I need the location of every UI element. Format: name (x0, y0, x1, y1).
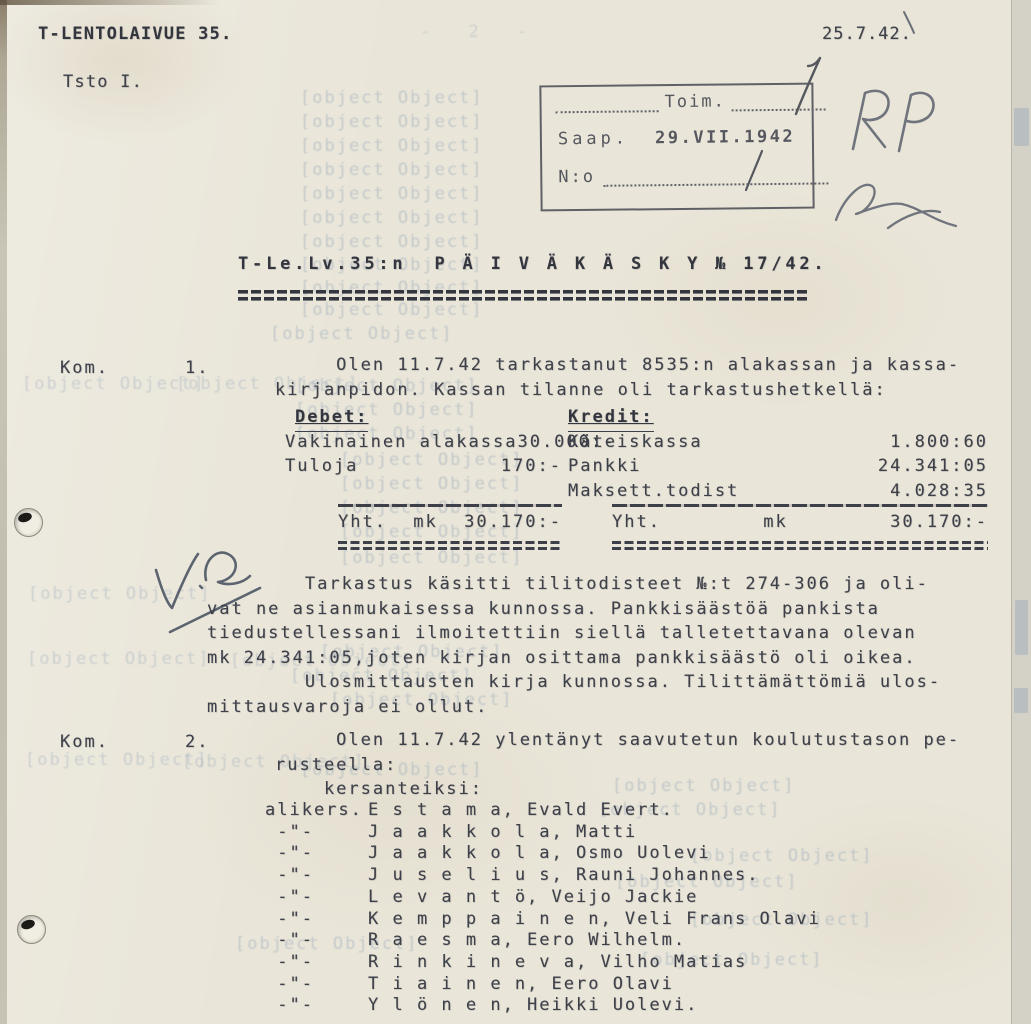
promotion-name: L e v a n t ö, Veijo Jackie (368, 887, 698, 907)
promotion-rank: -"- (265, 930, 314, 950)
office-label: Tsto I. (63, 70, 143, 95)
promotion-name: T i a i n e n, Eero Olavi (368, 974, 674, 994)
ledger-row-label: Tuloja (285, 456, 358, 476)
ledger-row-amount: 1.800:60 (890, 432, 988, 452)
punch-hole-bottom (17, 915, 46, 944)
ledger-row-amount: 4.028:35 (890, 481, 988, 501)
ledger-row-label: Maksett.todist (568, 481, 739, 501)
kredit-total-rule (612, 504, 988, 507)
promotion-row: -"-L e v a n t ö, Veijo Jackie (265, 887, 865, 909)
promotion-row: -"-J a a k k o l a, Osmo Uolevi (265, 843, 865, 865)
paragraph-line: mk 24.341:05,joten kirjan osittama pankk… (207, 646, 941, 671)
promotion-rank: -"- (265, 974, 314, 994)
ghost-text-line: [object Object] (340, 474, 524, 494)
promotion-row: -"-K e m p p a i n e n, Veli Frans Olavi (265, 909, 865, 931)
ghost-text-line: [object Object] (300, 232, 484, 252)
stamp-row-received: Saap. 29.VII.1942 (542, 126, 844, 149)
ledger-row: Vakinainen alakassa30.000:- (285, 432, 562, 452)
ledger-row-amount: 24.341:05 (878, 456, 988, 476)
ghost-text-line: [object Object] (340, 548, 524, 568)
promotion-name: J a a k k o l a, Osmo Uolevi (368, 843, 711, 863)
promotion-row: -"-T i a i n e n, Eero Olavi (265, 974, 865, 996)
ghost-text-line: [object Object] (270, 324, 454, 344)
paragraph-line: kersanteiksi: (275, 777, 960, 802)
unit-title: T-LENTOLAIVUE 35. (38, 22, 232, 47)
debet-total-rule (338, 504, 562, 507)
section2-number: 2. (185, 730, 209, 755)
date-tick-mark (898, 10, 918, 36)
document-title: T-Le.Lv.35:n P Ä I V Ä K Ä S K Y № 17/42… (238, 252, 827, 277)
section1-paragraph1: Olen 11.7.42 tarkastanut 8535:n alakassa… (275, 353, 960, 402)
promotion-rank: -"- (265, 887, 314, 907)
stamp-dotted-leader (555, 96, 658, 113)
paragraph-line: Ulosmittausten kirja kunnossa. Tilittämä… (207, 670, 941, 695)
paragraph-line: Tarkastus käsitti tilitodisteet №:t 274-… (207, 572, 941, 597)
paragraph-line: mittausvaroja ei ollut. (207, 695, 941, 720)
stamp-received-date: 29.VII.1942 (655, 127, 795, 148)
promotion-rank: -"- (265, 952, 314, 972)
kredit-total-currency: mk (763, 512, 787, 532)
promotion-row: -"-R i n k i n e v a, Vilho Matias (265, 952, 865, 974)
promotion-row: -"-J u s e l i u s, Rauni Johannes. (265, 865, 865, 887)
ghost-page-number: - 2 - (420, 22, 541, 42)
promotion-rank: -"- (265, 822, 314, 842)
debet-total-row: Yht. mk 30.170:- (338, 512, 562, 532)
edge-smudge (1015, 600, 1028, 655)
paragraph-line: rusteella: (275, 753, 960, 778)
debet-total-amount: 30.170:- (464, 512, 562, 532)
promotion-name: E s t a m a, Evald Evert. (368, 800, 674, 820)
promotion-row: alikers.E s t a m a, Evald Evert. (265, 800, 865, 822)
edge-smudge (1014, 688, 1028, 713)
ledger-row-label: Pankki (568, 456, 641, 476)
section1-paragraph2: Tarkastus käsitti tilitodisteet №:t 274-… (207, 572, 941, 720)
kredit-header: Kredit: (568, 405, 654, 432)
promotion-name: R i n k i n e v a, Vilho Matias (368, 952, 747, 972)
debet-closing-rule (338, 541, 562, 550)
paragraph-line: Olen 11.7.42 tarkastanut 8535:n alakassa… (275, 353, 960, 378)
section1-number: 1. (185, 356, 209, 381)
scanned-document-page: [object Object][object Object][object Ob… (0, 0, 1031, 1024)
promotion-name: J a a k k o l a, Matti (368, 822, 637, 842)
section2-label: Kom. (60, 730, 109, 755)
kredit-closing-rule (612, 541, 988, 550)
promotion-rank: -"- (265, 909, 314, 929)
rp-initials-annotation (843, 83, 938, 158)
promotion-name: J u s e l i u s, Rauni Johannes. (368, 865, 760, 885)
promotion-name: K e m p p a i n e n, Veli Frans Olavi (368, 909, 821, 929)
stamp-received-label: Saap. (558, 129, 629, 150)
promotion-row: -"-R a e s m a, Eero Wilhelm. (265, 930, 865, 952)
ghost-text-line: [object Object] (300, 160, 484, 180)
stamp-row-number: N:o (542, 164, 844, 187)
ghost-text-line: [object Object] (300, 184, 484, 204)
ghost-text-line: [object Object] (300, 88, 484, 108)
promotion-rank: -"- (265, 843, 314, 863)
ghost-text-line: [object Object] (300, 136, 484, 156)
ledger-row: Käteiskassa1.800:60 (568, 432, 988, 452)
paragraph-line: vat ne asianmukaisessa kunnossa. Pankkis… (207, 597, 941, 622)
promotion-name: Y l ö n e n, Heikki Uolevi. (368, 995, 698, 1015)
ledger-row-label: Käteiskassa (568, 432, 703, 452)
ledger-row-amount: 170:- (501, 456, 562, 476)
section1-label: Kom. (60, 356, 109, 381)
promotion-row: -"-Y l ö n e n, Heikki Uolevi. (265, 995, 865, 1017)
promotion-rank: -"- (265, 995, 314, 1015)
scan-edge-right (1011, 0, 1031, 1024)
ledger-row: Maksett.todist4.028:35 (568, 481, 988, 501)
stamp-toim-label: Toim. (659, 91, 732, 112)
edge-smudge (1014, 108, 1029, 146)
debet-header: Debet: (295, 405, 368, 432)
promotion-row: -"-J a a k k o l a, Matti (265, 822, 865, 844)
scan-edge-top (0, 0, 220, 5)
debet-total-label: Yht. (338, 512, 387, 532)
paragraph-line: Olen 11.7.42 ylentänyt saavutetun koulut… (275, 728, 960, 753)
promotion-rank: -"- (265, 865, 314, 885)
ghost-margin-mark: [object Object] (27, 649, 211, 669)
kredit-total-amount: 30.170:- (890, 512, 988, 532)
promotion-rank: alikers. (265, 800, 363, 820)
ledger-row: Tuloja170:- (285, 456, 562, 476)
promotion-name: R a e s m a, Eero Wilhelm. (368, 930, 686, 950)
ledger-row: Pankki24.341:05 (568, 456, 988, 476)
punch-hole-top (14, 508, 43, 537)
ghost-text-line: [object Object] (300, 112, 484, 132)
stamp-dotted-leader (603, 168, 828, 186)
paragraph-line: kirjanpidon. Kassan tilanne oli tarkastu… (275, 378, 960, 403)
stamp-number-label: N:o (558, 167, 595, 187)
number-slash-mark (742, 148, 766, 193)
ghost-text-line: [object Object] (300, 300, 484, 320)
debet-total-currency: mk (413, 512, 437, 532)
section2-intro: Olen 11.7.42 ylentänyt saavutetun koulut… (275, 728, 960, 802)
ghost-margin-mark: [object Object] (25, 750, 209, 770)
toim-check-mark (790, 56, 826, 116)
ledger-row-label: Vakinainen alakassa (285, 432, 517, 452)
pencil-signature (828, 168, 963, 253)
kredit-total-label: Yht. (612, 512, 661, 532)
scan-edge-left (0, 0, 7, 1024)
title-rule (238, 290, 810, 301)
kredit-total-row: Yht. mk 30.170:- (612, 512, 988, 532)
received-stamp: Toim. Saap. 29.VII.1942 N:o (539, 83, 814, 212)
paragraph-line: tiedustellessani ilmoitettiin siellä tal… (207, 621, 941, 646)
ghost-text-line: [object Object] (300, 208, 484, 228)
